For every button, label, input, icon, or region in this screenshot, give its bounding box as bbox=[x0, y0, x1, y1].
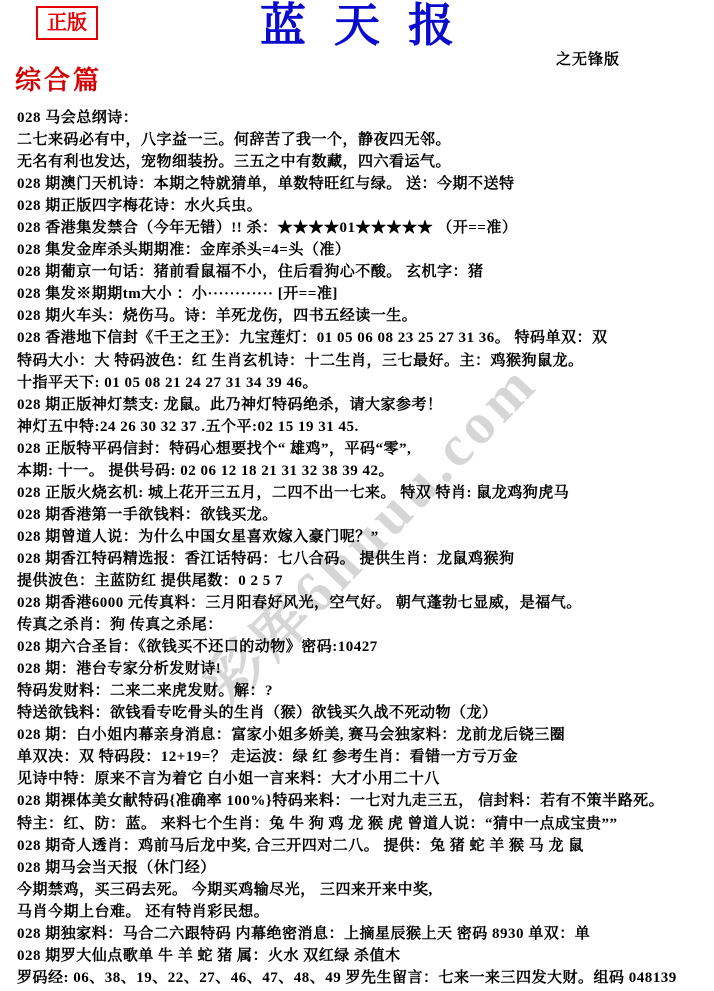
report-page: 正版 蓝天报 之无锋版 综合篇 彩库6huuu.com 028 马会总纲诗：二七… bbox=[0, 0, 714, 991]
report-line: 028 正版特平码信封：特码心想要找个“ 雄鸡”，平码“零”, bbox=[17, 438, 710, 460]
report-line: 传真之杀肖：狗 传真之杀尾： bbox=[17, 614, 710, 636]
report-line: 马肖今期上台难。 还有特肖彩民想。 bbox=[17, 901, 710, 923]
report-line: 028 期曾道人说：为什么中国女星喜欢嫁入豪门呢？” bbox=[17, 526, 710, 548]
report-line: 028 集发※期期tm大小 ：小············ [开==准] bbox=[17, 283, 710, 305]
report-line: 特码发财料：二来二来虎发财。解：? bbox=[17, 680, 710, 702]
report-line: 028 期罗大仙点歌单 牛 羊 蛇 猪 属：火水 双红绿 杀值木 bbox=[17, 945, 710, 967]
report-line: 二七来码必有中，八字益一三。何辞苦了我一个，静夜四无邻。 bbox=[17, 129, 710, 151]
report-line: 028 期奇人透肖：鸡前马后龙中奖, 合三开四对二八。 提供：兔 猪 蛇 羊 猴… bbox=[17, 835, 710, 857]
edition-label: 之无锋版 bbox=[556, 48, 620, 69]
report-line: 028 期葡京一句话：猪前看鼠福不小，住后看狗心不酸。 玄机字：猪 bbox=[17, 261, 710, 283]
report-line: 028 期：港台专家分析发财诗! bbox=[17, 658, 710, 680]
report-line: 028 集发金库杀头期期准：金库杀头=4=头（准） bbox=[17, 239, 710, 261]
report-line: 028 马会总纲诗： bbox=[17, 107, 710, 129]
report-line: 见诗中特：原来不言为着它 白小姐一言来料：大才小用二十八 bbox=[17, 768, 710, 790]
report-line: 028 香港地下信封《千王之王》：九宝莲灯：01 05 06 08 23 25 … bbox=[17, 327, 710, 349]
report-line: 028 期香江特码精选报：香江话特码：七八合码。 提供生肖：龙鼠鸡猴狗 bbox=[17, 548, 710, 570]
report-line: 特主：红、防：蓝。 来料七个生肖：兔 牛 狗 鸡 龙 猴 虎 曾道人说：“猜中一… bbox=[17, 813, 710, 835]
report-line: 神灯五中特:24 26 30 32 37 .五个平:02 15 19 31 45… bbox=[17, 416, 710, 438]
report-line: 028 期裸体美女献特码{准确率 100%}特码来料：一七对九走三五， 信封料：… bbox=[17, 790, 710, 812]
report-line: 028 期香港第一手欲钱料：欲钱买龙。 bbox=[17, 504, 710, 526]
report-line: 028 期火车头：烧伤马。诗：羊死龙伤，四书五经读一生。 bbox=[17, 305, 710, 327]
report-line: 罗码经: 06、38、19、22、27、46、47、48、49 罗先生留言：七来… bbox=[17, 967, 710, 989]
report-line: 028 期：白小姐内幕亲身消息：富家小姐多娇美, 赛马会独家料：龙前龙后铙三圈 bbox=[17, 724, 710, 746]
report-line: 028 正版火烧玄机: 城上花开三五月，二四不出一七来。 特双 特肖: 鼠龙鸡狗… bbox=[17, 482, 710, 504]
report-line: 特码大小：大 特码波色：红 生肖玄机诗：十二生肖，三七最好。主：鸡猴狗鼠龙。 bbox=[17, 350, 710, 372]
section-heading: 综合篇 bbox=[15, 60, 102, 97]
report-line: 本期: 十一。 提供号码: 02 06 12 18 21 31 32 38 39… bbox=[17, 460, 710, 482]
report-line: 028 期独家料：马合二六跟特码 内幕绝密消息：上摘星辰猴上天 密码 8930 … bbox=[17, 923, 710, 945]
report-line: 028 期香港6000 元传真料：三月阳春好风光，空气好。 朝气蓬勃七显威，是福… bbox=[17, 592, 710, 614]
report-line: 十指平天下: 01 05 08 21 24 27 31 34 39 46。 bbox=[17, 372, 710, 394]
report-line: 028 期正版神灯禁支: 龙鼠。此乃神灯特码绝杀，请大家参考！ bbox=[17, 394, 710, 416]
report-line: 无名有利也发达，宠物细装扮。三五之中有数藏，四六看运气。 bbox=[17, 151, 710, 173]
report-line: 028 期澳门天机诗：本期之特就猜单，单数特旺红与绿。 送：今期不送特 bbox=[17, 173, 710, 195]
report-line: 028 香港集发禁合（今年无错）!! 杀：★★★★01★★★★★ （开==准） bbox=[17, 217, 710, 239]
report-line: 特送欲钱料：欲钱看专吃骨头的生肖（猴）欲钱买久战不死动物（龙） bbox=[17, 702, 710, 724]
report-line: 028 期正版四字梅花诗：水火兵虫。 bbox=[17, 195, 710, 217]
report-line: 单双决：双 特码段：12+19=？ 走运波：绿 红 参考生肖：看错一方亏万金 bbox=[17, 746, 710, 768]
report-line: 提供波色：主蓝防红 提供尾数：0 2 5 7 bbox=[17, 570, 710, 592]
report-body: 028 马会总纲诗：二七来码必有中，八字益一三。何辞苦了我一个，静夜四无邻。无名… bbox=[17, 107, 710, 989]
report-line: 028 期六合圣旨：《欲钱买不还口的动物》密码:10427 bbox=[17, 636, 710, 658]
page-title: 蓝天报 bbox=[0, 2, 714, 50]
report-line: 028 期马会当天报（休门经） bbox=[17, 857, 710, 879]
report-line: 今期禁鸡，买三码去死。 今期买鸡输尽光， 三四来开来中奖, bbox=[17, 879, 710, 901]
